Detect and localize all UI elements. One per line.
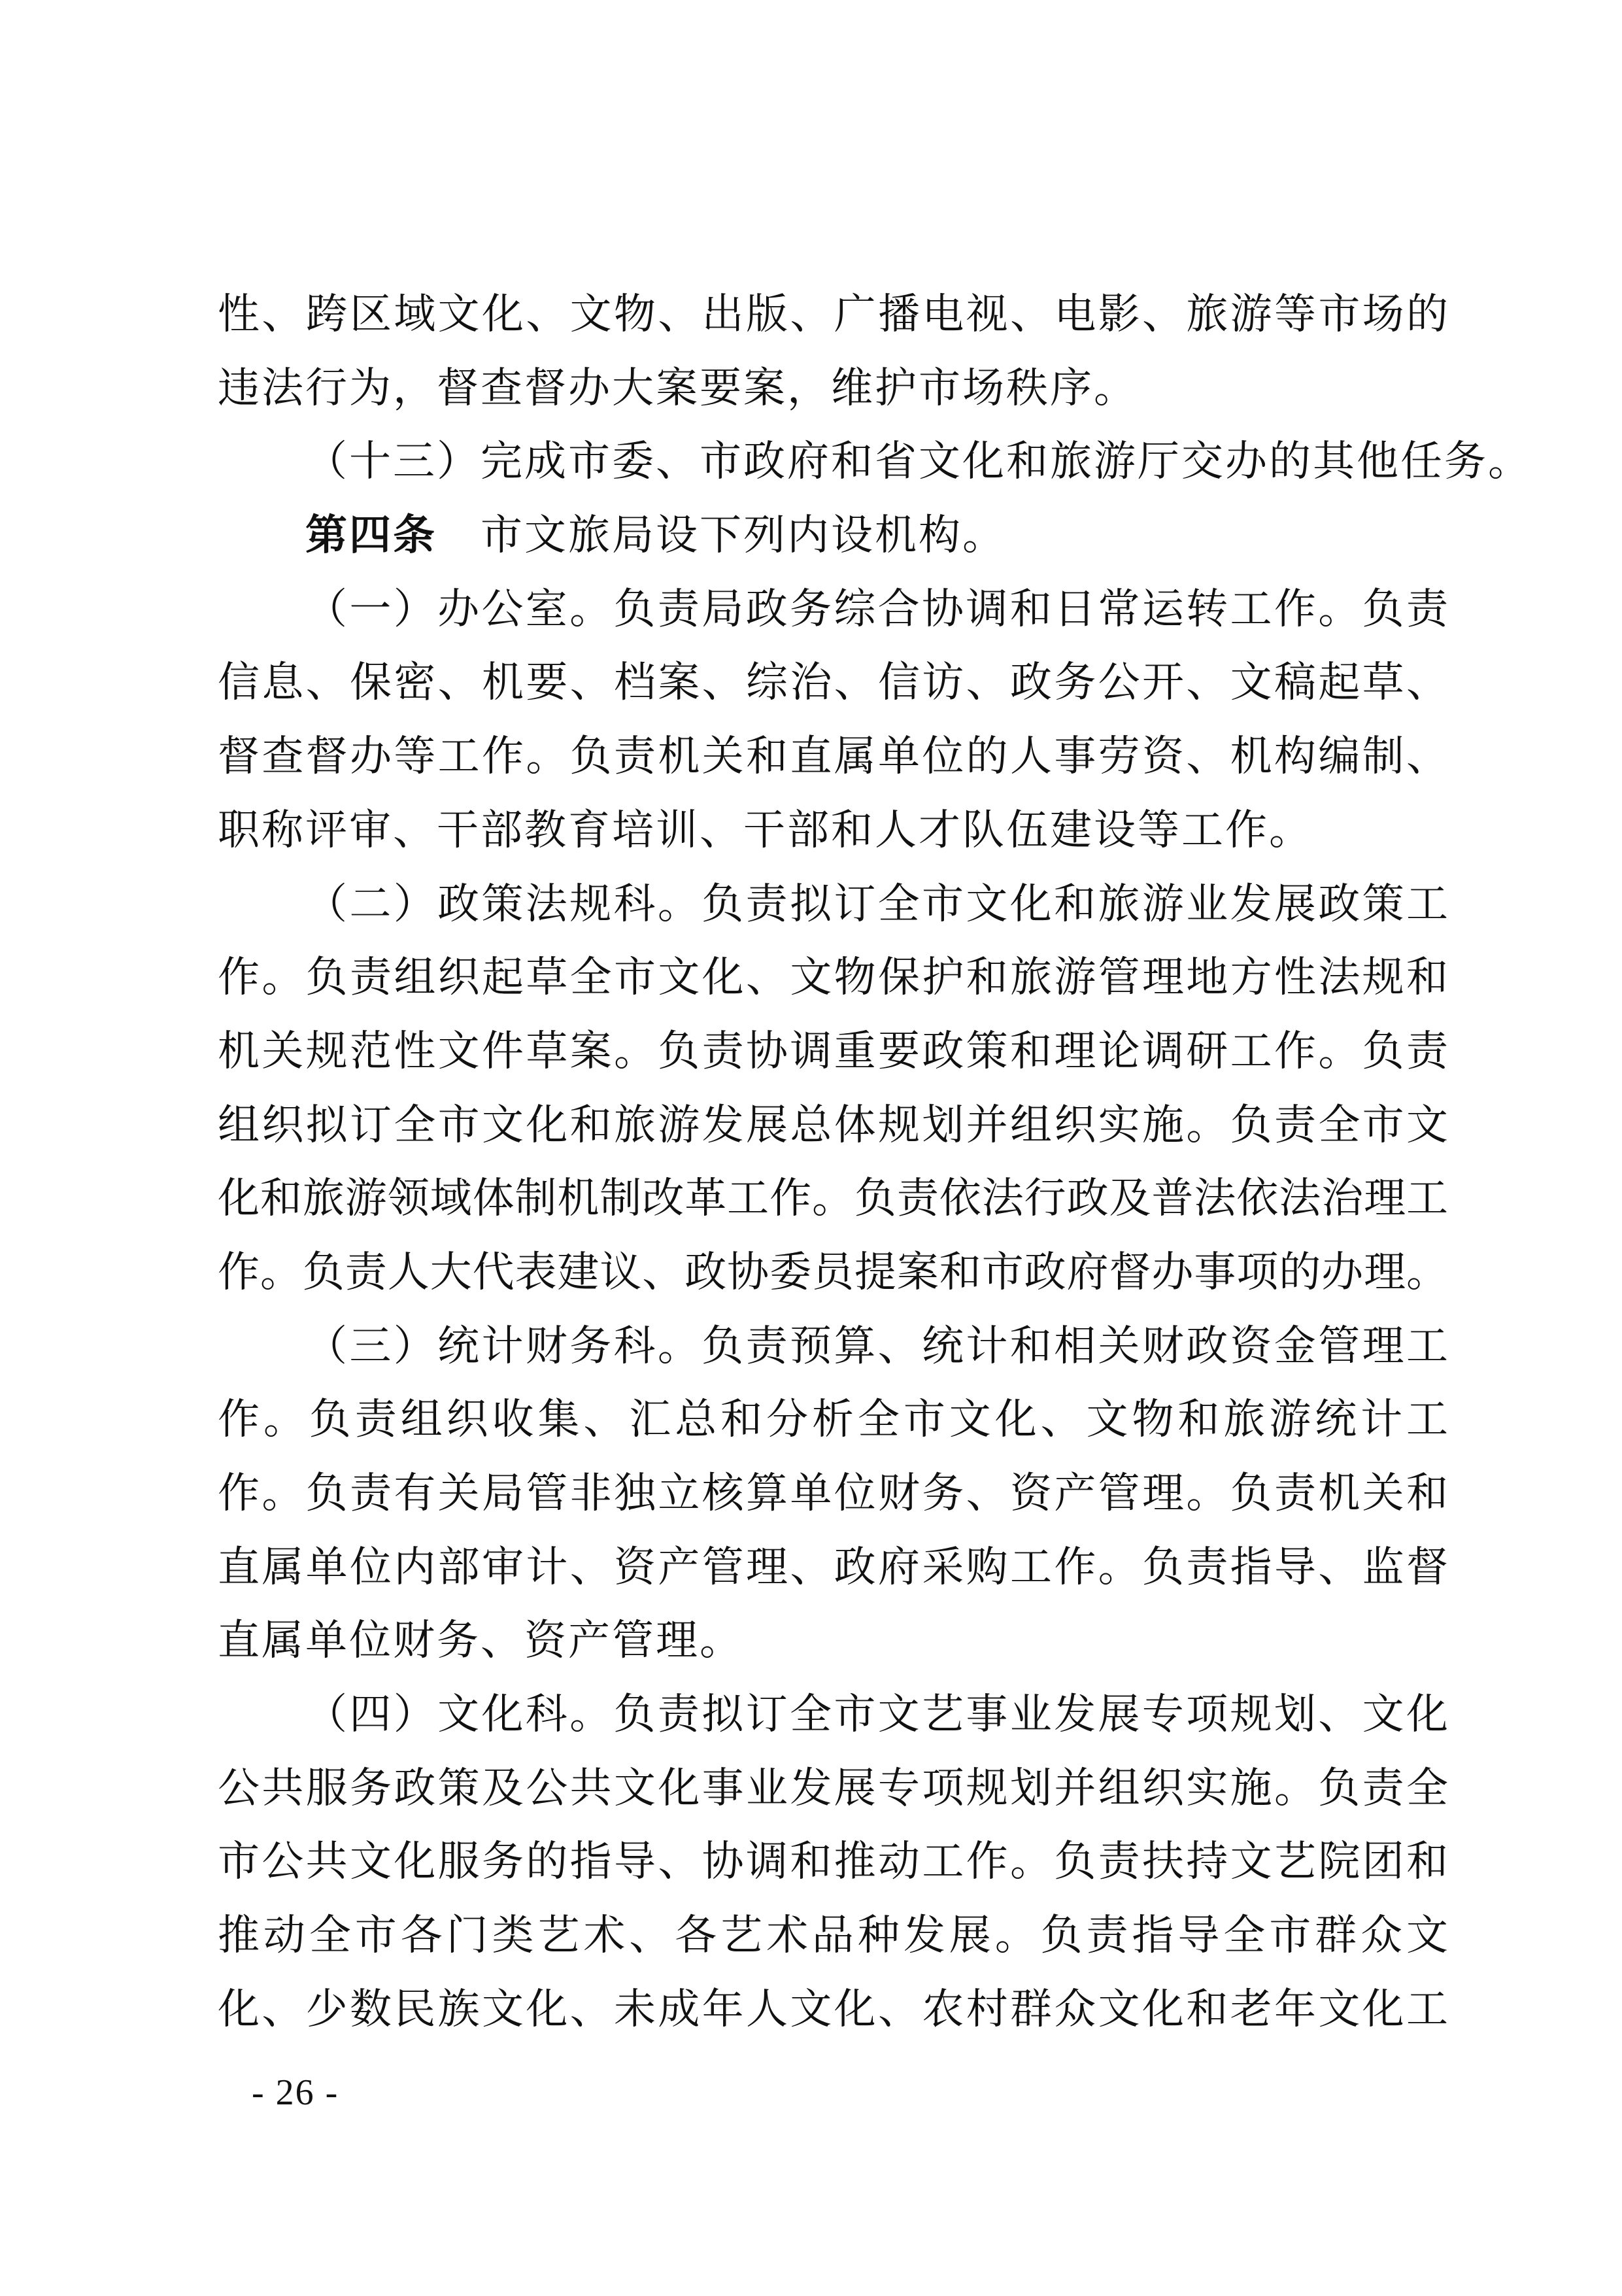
body-text: 性、跨区域文化、文物、出版、广播电视、电影、旅游等市场的 违法行为，督查督办大案… bbox=[218, 278, 1448, 2047]
text-line: 推动全市各门类艺术、各艺术品种发展。负责指导全市群众文 bbox=[218, 1899, 1448, 1973]
text-line: （二）政策法规科。负责拟订全市文化和旅游业发展政策工 bbox=[218, 868, 1448, 942]
text-line: 公共服务政策及公共文化事业发展专项规划并组织实施。负责全 bbox=[218, 1752, 1448, 1826]
text-line: 督查督办等工作。负责机关和直属单位的人事劳资、机构编制、 bbox=[218, 720, 1448, 794]
text-line: 作。负责人大代表建议、政协委员提案和市政府督办事项的办理。 bbox=[218, 1236, 1448, 1310]
text-line: 信息、保密、机要、档案、综治、信访、政务公开、文稿起草、 bbox=[218, 646, 1448, 720]
text-line: 组织拟订全市文化和旅游发展总体规划并组织实施。负责全市文 bbox=[218, 1089, 1448, 1163]
article-text: 市文旅局设下列内设机构。 bbox=[481, 511, 1006, 560]
text-line: 性、跨区域文化、文物、出版、广播电视、电影、旅游等市场的 bbox=[218, 278, 1448, 352]
text-line: （十三）完成市委、市政府和省文化和旅游厅交办的其他任务。 bbox=[218, 425, 1448, 499]
text-line: 化、少数民族文化、未成年人文化、农村群众文化和老年文化工 bbox=[218, 1973, 1448, 2047]
text-line: 直属单位内部审计、资产管理、政府采购工作。负责指导、监督 bbox=[218, 1531, 1448, 1605]
text-line: （三）统计财务科。负责预算、统计和相关财政资金管理工 bbox=[218, 1310, 1448, 1384]
text-line: （一）办公室。负责局政务综合协调和日常运转工作。负责 bbox=[218, 573, 1448, 647]
document-page: 性、跨区域文化、文物、出版、广播电视、电影、旅游等市场的 违法行为，督查督办大案… bbox=[0, 0, 1622, 2296]
text-line: 化和旅游领域体制机制改革工作。负责依法行政及普法依法治理工 bbox=[218, 1162, 1448, 1236]
article-label: 第四条 bbox=[305, 511, 437, 560]
text-line: 作。负责组织收集、汇总和分析全市文化、文物和旅游统计工 bbox=[218, 1383, 1448, 1457]
text-line: 机关规范性文件草案。负责协调重要政策和理论调研工作。负责 bbox=[218, 1015, 1448, 1089]
text-line: 职称评审、干部教育培训、干部和人才队伍建设等工作。 bbox=[218, 794, 1448, 868]
text-line: 违法行为，督查督办大案要案，维护市场秩序。 bbox=[218, 352, 1448, 426]
text-line: 作。负责有关局管非独立核算单位财务、资产管理。负责机关和 bbox=[218, 1457, 1448, 1531]
text-line: 直属单位财务、资产管理。 bbox=[218, 1604, 1448, 1678]
text-line: （四）文化科。负责拟订全市文艺事业发展专项规划、文化 bbox=[218, 1678, 1448, 1752]
text-line: 市公共文化服务的指导、协调和推动工作。负责扶持文艺院团和 bbox=[218, 1825, 1448, 1899]
page-number: - 26 - bbox=[252, 2070, 339, 2116]
text-line: 作。负责组织起草全市文化、文物保护和旅游管理地方性法规和 bbox=[218, 941, 1448, 1015]
article-heading-line: 第四条市文旅局设下列内设机构。 bbox=[218, 499, 1448, 573]
